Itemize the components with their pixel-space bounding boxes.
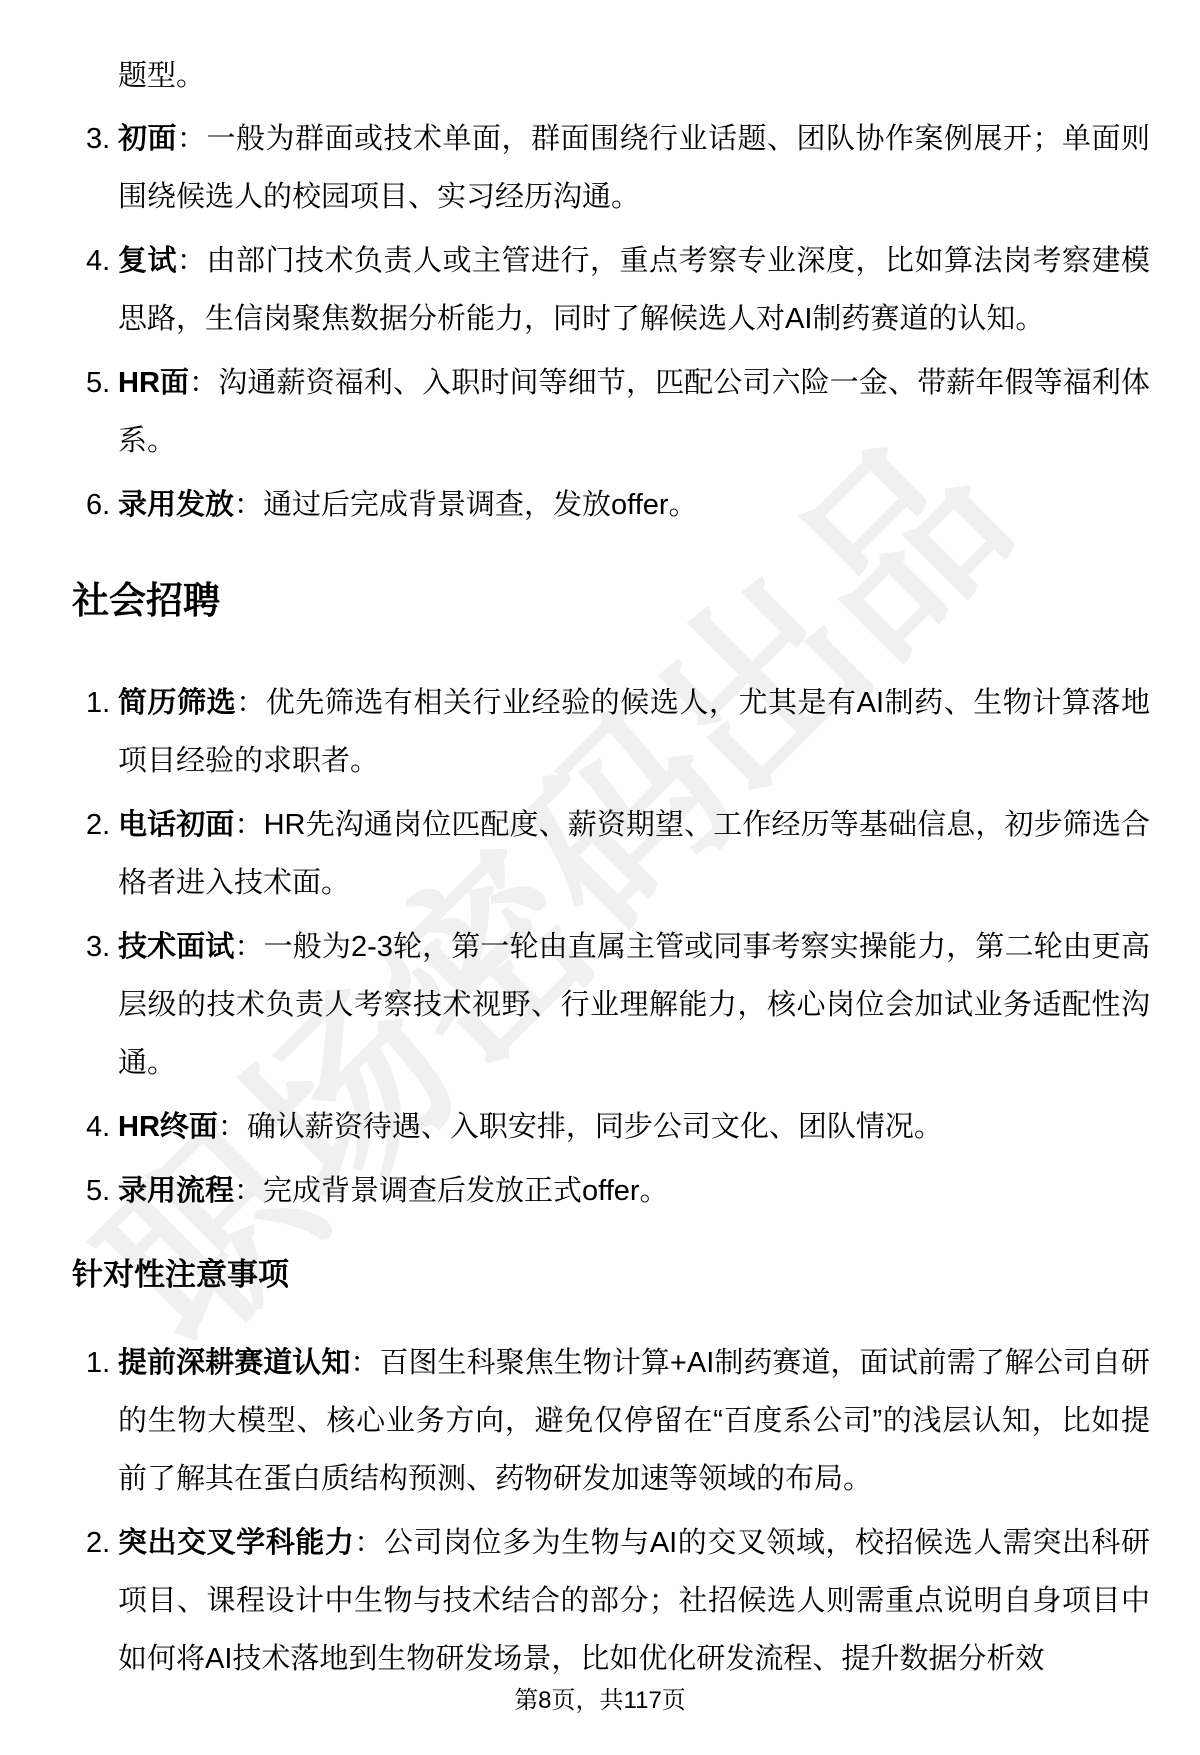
list-item-colon: ：	[350, 1347, 379, 1379]
list-item-text: 通过后完成背景调查，发放offer。	[263, 489, 698, 521]
list-item-term: 录用流程	[118, 1175, 234, 1207]
list-item-term: 初面	[118, 123, 177, 155]
list-item-text: 优先筛选有相关行业经验的候选人，尤其是有AI制药、生物计算落地项目经验的求职者。	[118, 687, 1150, 777]
social-recruiting-process-list: 1.简历筛选：优先筛选有相关行业经验的候选人，尤其是有AI制药、生物计算落地项目…	[72, 674, 1150, 1220]
list-item-term: 突出交叉学科能力	[118, 1527, 354, 1559]
list-item-term: 技术面试	[118, 931, 234, 963]
list-item-text: HR先沟通岗位匹配度、薪资期望、工作经历等基础信息，初步筛选合格者进入技术面。	[118, 809, 1150, 899]
list-item-colon: ：	[234, 809, 263, 841]
list-item-text: 沟通薪资福利、入职时间等细节，匹配公司六险一金、带薪年假等福利体系。	[118, 367, 1150, 457]
list-item-text: 确认薪资待遇、入职安排，同步公司文化、团队情况。	[247, 1111, 943, 1143]
list-item: 2.突出交叉学科能力：公司岗位多为生物与AI的交叉领域，校招候选人需突出科研项目…	[72, 1514, 1150, 1688]
page-content: 题型。 3.初面：一般为群面或技术单面，群面围绕行业话题、团队协作案例展开；单面…	[0, 0, 1200, 1688]
paragraph-fragment: 题型。	[72, 47, 1150, 105]
list-item: 2.电话初面：HR先沟通岗位匹配度、薪资期望、工作经历等基础信息，初步筛选合格者…	[72, 796, 1150, 912]
list-item-number: 3.	[86, 918, 110, 976]
list-item-number: 5.	[86, 1162, 110, 1220]
list-item-number: 6.	[86, 476, 110, 534]
list-item-number: 1.	[86, 674, 110, 732]
list-item: 5.HR面：沟通薪资福利、入职时间等细节，匹配公司六险一金、带薪年假等福利体系。	[72, 354, 1150, 470]
list-item-number: 1.	[86, 1334, 110, 1392]
list-item-number: 2.	[86, 1514, 110, 1572]
list-item: 1.简历筛选：优先筛选有相关行业经验的候选人，尤其是有AI制药、生物计算落地项目…	[72, 674, 1150, 790]
list-item-number: 2.	[86, 796, 110, 854]
list-item-term: 简历筛选	[118, 687, 236, 719]
list-item: 3.技术面试：一般为2-3轮，第一轮由直属主管或同事考察实操能力，第二轮由更高层…	[72, 918, 1150, 1092]
list-item-number: 4.	[86, 1098, 110, 1156]
list-item-term: 录用发放	[118, 489, 234, 521]
list-item: 4.复试：由部门技术负责人或主管进行，重点考察专业深度，比如算法岗考察建模思路，…	[72, 232, 1150, 348]
list-item: 4.HR终面：确认薪资待遇、入职安排，同步公司文化、团队情况。	[72, 1098, 1150, 1156]
list-item: 5.录用流程：完成背景调查后发放正式offer。	[72, 1162, 1150, 1220]
list-item-colon: ：	[189, 367, 218, 399]
list-item-number: 5.	[86, 354, 110, 412]
list-item-text: 由部门技术负责人或主管进行，重点考察专业深度，比如算法岗考察建模思路，生信岗聚焦…	[118, 245, 1150, 335]
list-item-colon: ：	[218, 1111, 247, 1143]
list-item: 1.提前深耕赛道认知：百图生科聚焦生物计算+AI制药赛道，面试前需了解公司自研的…	[72, 1334, 1150, 1508]
list-item-number: 3.	[86, 110, 110, 168]
section-heading-targeted-notes: 针对性注意事项	[72, 1256, 1150, 1294]
list-item-colon: ：	[354, 1527, 384, 1559]
list-item-text: 完成背景调查后发放正式offer。	[263, 1175, 669, 1207]
list-item-colon: ：	[234, 931, 263, 963]
list-item-number: 4.	[86, 232, 110, 290]
list-item-colon: ：	[236, 687, 266, 719]
list-item-colon: ：	[234, 1175, 263, 1207]
list-item-colon: ：	[177, 123, 207, 155]
targeted-notes-list: 1.提前深耕赛道认知：百图生科聚焦生物计算+AI制药赛道，面试前需了解公司自研的…	[72, 1334, 1150, 1688]
page-number: 第8页，共117页	[0, 1683, 1200, 1719]
list-item-term: 复试	[118, 245, 177, 277]
list-item-term: 电话初面	[118, 809, 234, 841]
list-item-term: HR面	[118, 367, 189, 399]
list-item: 6.录用发放：通过后完成背景调查，发放offer。	[72, 476, 1150, 534]
list-item: 3.初面：一般为群面或技术单面，群面围绕行业话题、团队协作案例展开；单面则围绕候…	[72, 110, 1150, 226]
list-item-term: HR终面	[118, 1111, 218, 1143]
section-heading-social-recruiting: 社会招聘	[72, 578, 1150, 624]
list-item-colon: ：	[177, 245, 207, 277]
list-item-text: 一般为群面或技术单面，群面围绕行业话题、团队协作案例展开；单面则围绕候选人的校园…	[118, 123, 1150, 213]
campus-recruiting-process-list: 3.初面：一般为群面或技术单面，群面围绕行业话题、团队协作案例展开；单面则围绕候…	[72, 110, 1150, 534]
list-item-colon: ：	[234, 489, 263, 521]
list-item-term: 提前深耕赛道认知	[118, 1347, 350, 1379]
list-item-text: 一般为2-3轮，第一轮由直属主管或同事考察实操能力，第二轮由更高层级的技术负责人…	[118, 931, 1150, 1079]
document-page: { "watermark": { "text": "职场密码出品", "colo…	[0, 0, 1200, 1755]
